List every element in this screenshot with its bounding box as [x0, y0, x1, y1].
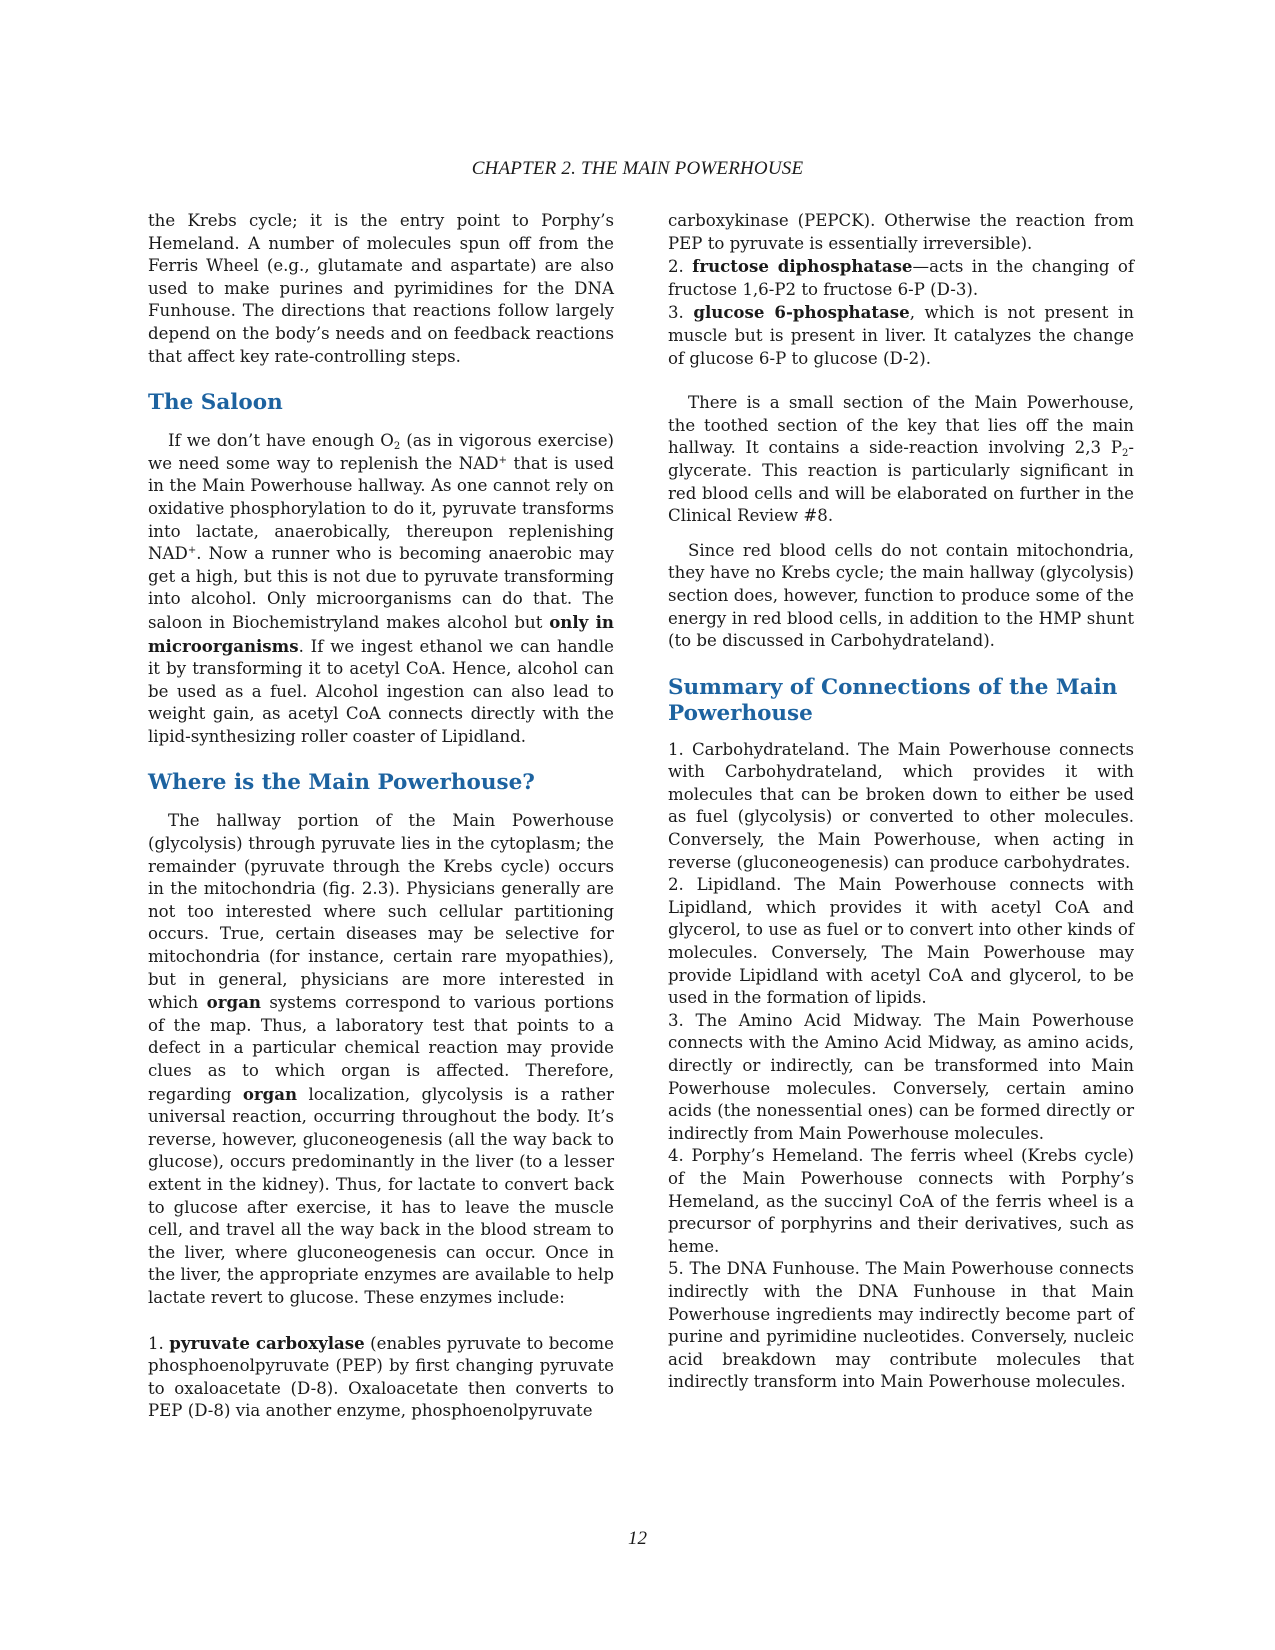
heading-where-is-main-powerhouse: Where is the Main Powerhouse?: [148, 770, 614, 796]
enzyme-list-item-2: 2. fructose diphosphatase—acts in the ch…: [668, 255, 1134, 301]
enzyme-list-item-1-continued: carboxykinase (PEPCK). Otherwise the rea…: [668, 210, 1134, 255]
red-blood-cells-paragraph: Since red blood cells do not contain mit…: [668, 540, 1134, 653]
page-number: 12: [0, 1528, 1275, 1550]
enzyme-list-item-1: 1. pyruvate carboxylase (enables pyruvat…: [148, 1332, 614, 1423]
summary-item-amino-acid-midway: 3. The Amino Acid Midway. The Main Power…: [668, 1010, 1134, 1146]
heading-summary-of-connections: Summary of Connections of the Main Power…: [668, 675, 1134, 727]
summary-item-lipidland: 2. Lipidland. The Main Powerhouse connec…: [668, 874, 1134, 1010]
saloon-paragraph: If we don’t have enough O2 (as in vigoro…: [148, 430, 614, 748]
heading-the-saloon: The Saloon: [148, 390, 614, 416]
where-paragraph: The hallway portion of the Main Powerhou…: [148, 810, 614, 1309]
enzyme-list-item-3: 3. glucose 6-phosphatase, which is not p…: [668, 301, 1134, 370]
intro-paragraph: the Krebs cycle; it is the entry point t…: [148, 210, 614, 368]
running-head: CHAPTER 2. THE MAIN POWERHOUSE: [0, 158, 1275, 180]
left-column: the Krebs cycle; it is the entry point t…: [148, 210, 614, 1423]
right-column: carboxykinase (PEPCK). Otherwise the rea…: [668, 210, 1134, 1394]
summary-item-dna-funhouse: 5. The DNA Funhouse. The Main Powerhouse…: [668, 1258, 1134, 1394]
side-reaction-paragraph: There is a small section of the Main Pow…: [668, 392, 1134, 528]
summary-item-carbohydrateland: 1. Carbohydrateland. The Main Powerhouse…: [668, 739, 1134, 875]
summary-item-porphys-hemeland: 4. Porphy’s Hemeland. The ferris wheel (…: [668, 1145, 1134, 1258]
